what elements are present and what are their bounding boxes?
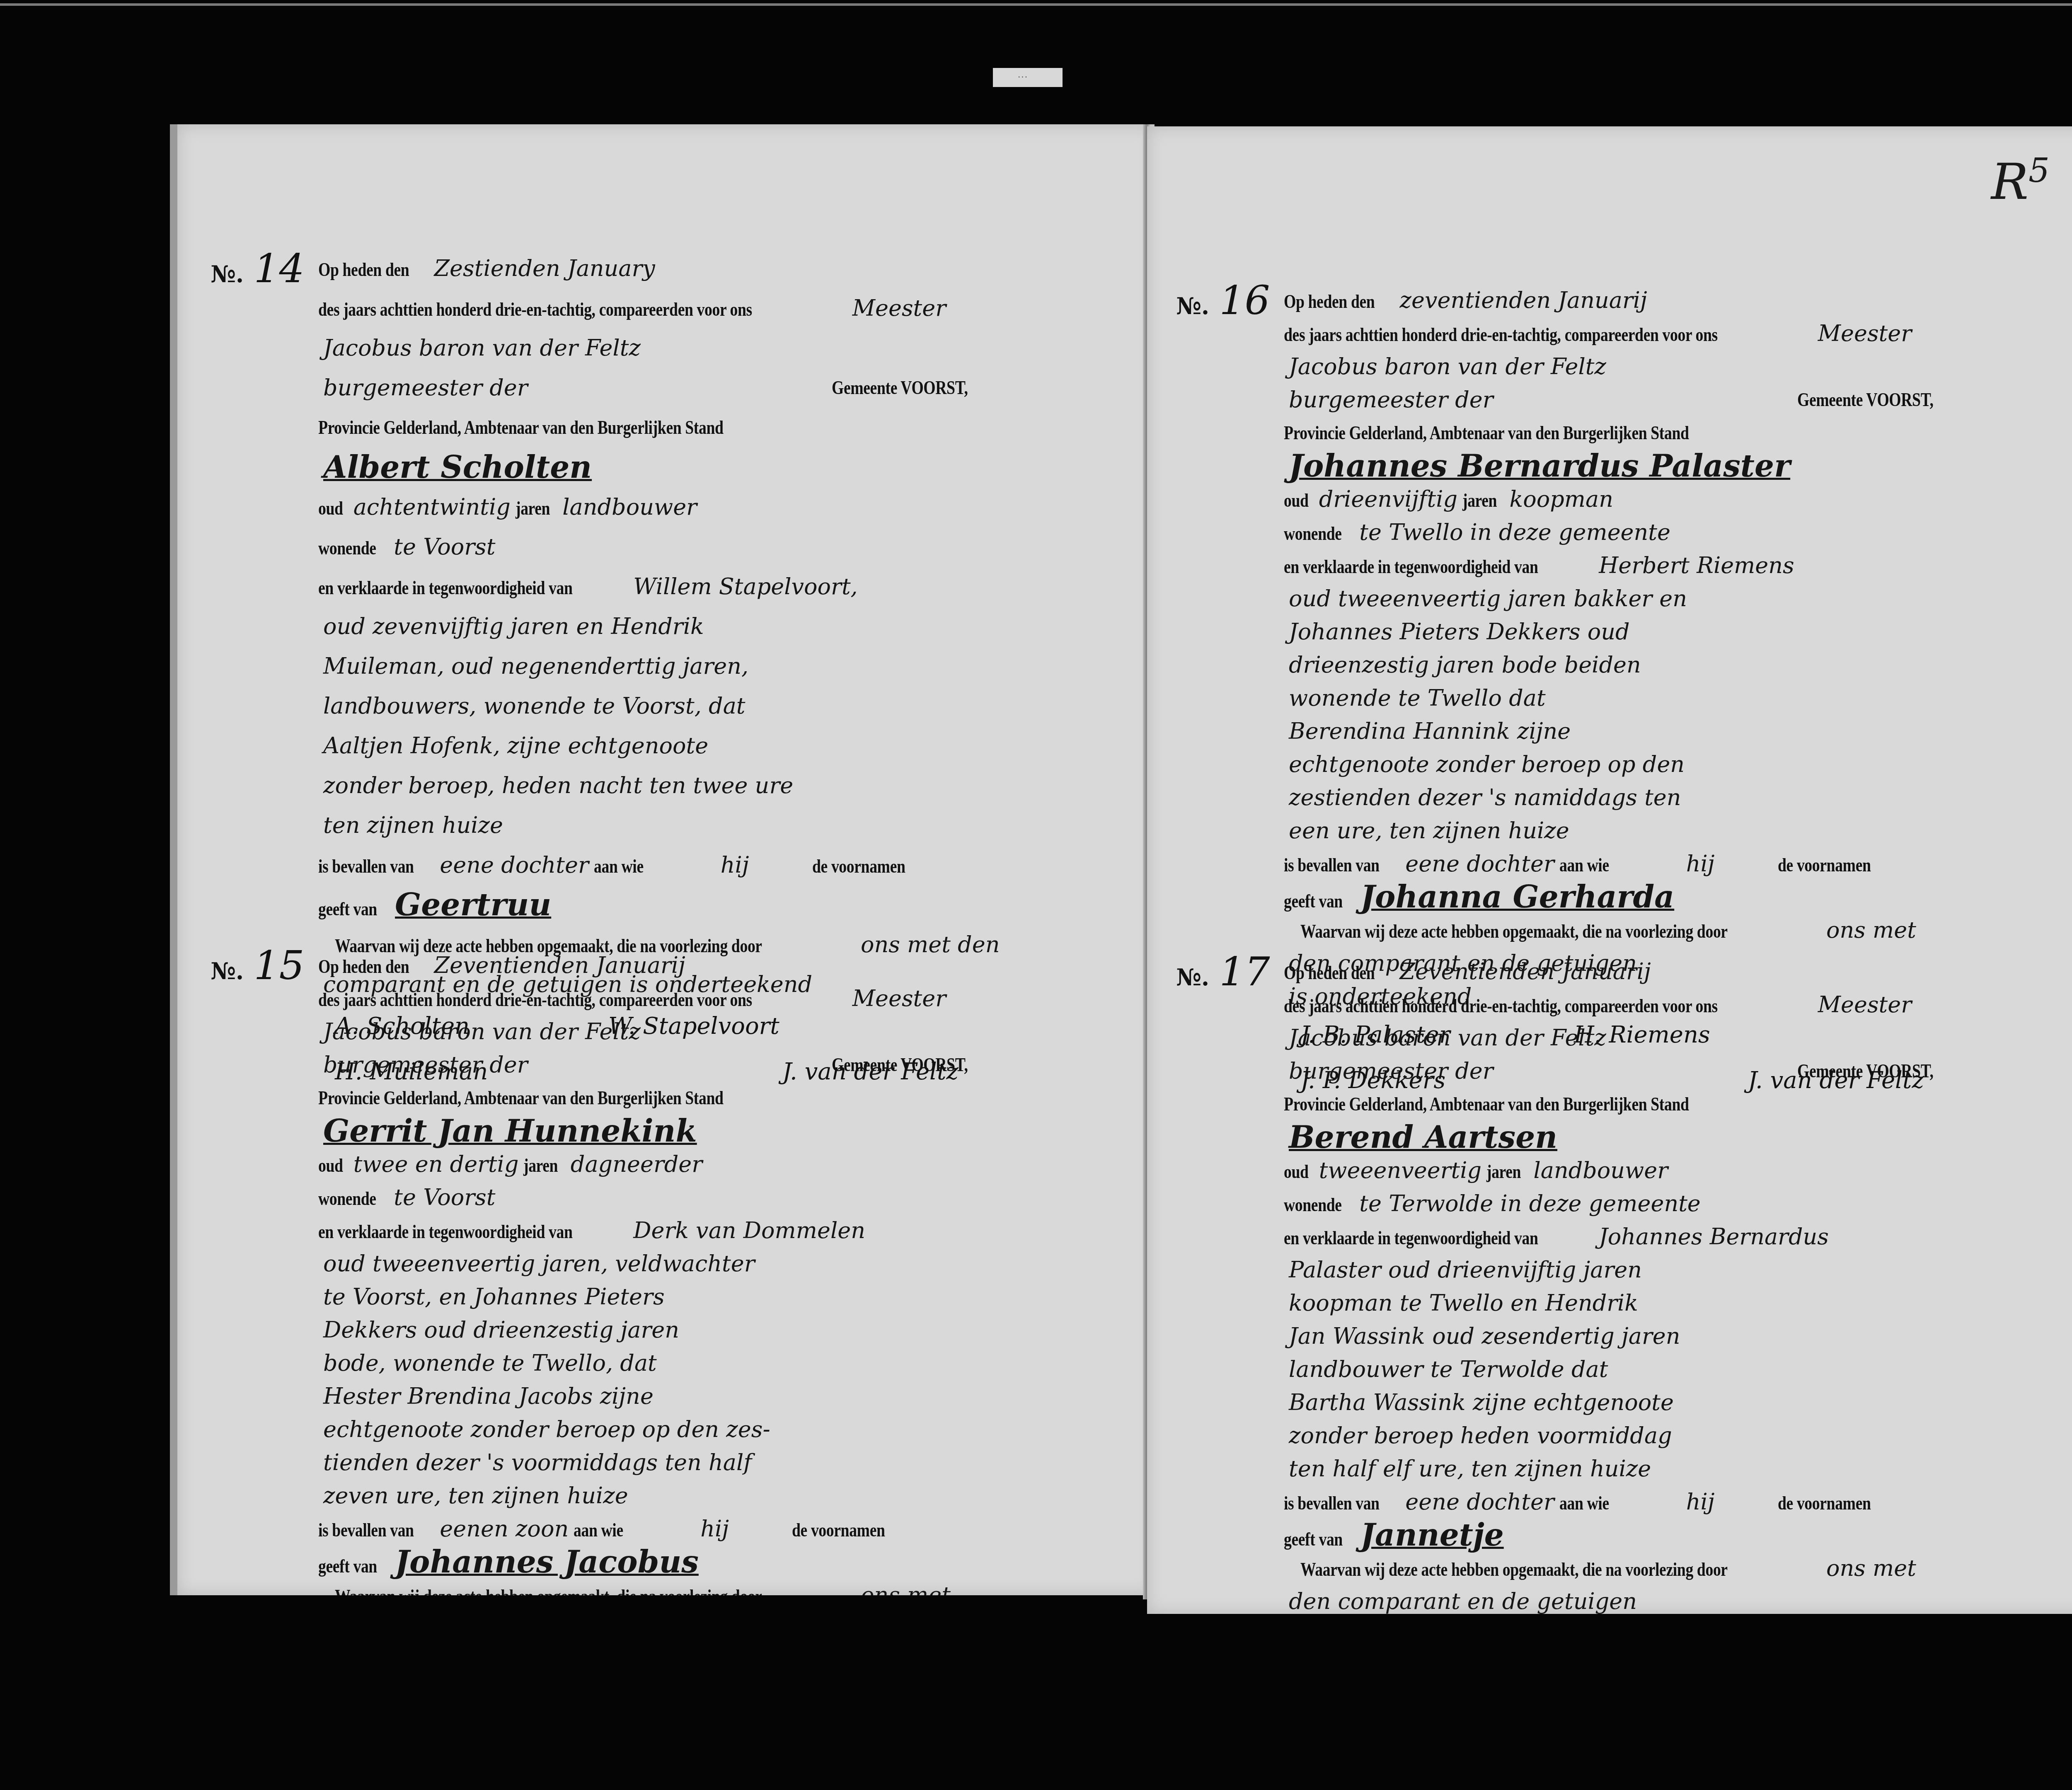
record-number-value: 14 xyxy=(254,245,304,292)
child-name-line: geeft vanJannetje xyxy=(1284,1519,2072,1552)
closing-text: ons met xyxy=(1826,917,1916,943)
witness-intro-line: en verklaarde in tegenwoordigheid vanJoh… xyxy=(1284,1220,2072,1253)
witness-line: zeven ure, ten zijnen huize xyxy=(318,1479,1147,1512)
closing-line: Waarvan wij deze acte hebben opgemaakt, … xyxy=(1284,1552,2072,1585)
record-17: №.17 Op heden denZeventienden Januarij d… xyxy=(1284,955,2072,1614)
declarant-name: Berend Aartsen xyxy=(1289,1120,1557,1155)
child-name: Jannetje xyxy=(1360,1517,1504,1553)
witness-line: Palaster oud drieenvijftig jaren xyxy=(1284,1253,2072,1287)
witness-line: oud tweeenveertig jaren bakker en xyxy=(1284,582,2072,615)
witness-line: Johannes Pieters Dekkers oud xyxy=(1284,615,2072,648)
official-title: Meester xyxy=(852,985,946,1011)
witness-text: echtgenoote zonder beroep op den xyxy=(1289,751,1685,777)
child-name: Johannes Jacobus xyxy=(395,1544,699,1580)
record-date: Zestienden January xyxy=(434,255,655,281)
witness-text: wonende te Twello dat xyxy=(1289,685,1546,711)
residence-line: wonendete Voorst xyxy=(318,527,1147,567)
declarant-age: tweeenveertig xyxy=(1319,1157,1481,1183)
date-line: №.15 Op heden denZeventienden Januarij xyxy=(318,949,1147,982)
form-op-heden: Op heden den xyxy=(318,250,409,290)
witness-text: te Voorst, en Johannes Pieters xyxy=(323,1284,665,1310)
witness-text: ten zijnen huize xyxy=(323,812,503,838)
form-gemeente: Gemeente VOORST, xyxy=(1797,1055,1934,1088)
right-page: R5 №.16 Op heden denzeventienden Januari… xyxy=(1147,126,2072,1614)
residence-line: wonendete Voorst xyxy=(318,1181,1147,1214)
birth-line: is bevallen vaneene dochteraan wiehijde … xyxy=(1284,1485,2072,1519)
child-name-line: geeft vanJohannes Jacobus xyxy=(318,1546,1147,1579)
official-name-line: Jacobus baron van der Feltz xyxy=(1284,350,2072,383)
closing-text: den comparant en de getuigen xyxy=(1289,1588,1637,1614)
record-number-value: 17 xyxy=(1219,948,1270,995)
form-aan-wie: aan wie xyxy=(594,847,644,886)
form-des-jaars: des jaars achttien honderd drie-en-tacht… xyxy=(318,290,752,329)
witness-line: een ure, ten zijnen huize xyxy=(1284,814,2072,847)
witness-lines: Palaster oud drieenvijftig jarenkoopman … xyxy=(1284,1253,2072,1485)
witness-text: tienden dezer 's voormiddags ten half xyxy=(323,1449,752,1476)
birth-line: is bevallen vaneene dochteraan wiehijde … xyxy=(318,845,1147,885)
witness-intro-line: en verklaarde in tegenwoordigheid vanDer… xyxy=(318,1214,1147,1247)
form-bevallen: is bevallen van xyxy=(1284,1487,1380,1520)
official-role: burgemeester der xyxy=(323,1052,528,1078)
form-oud: oud xyxy=(1284,484,1309,517)
witness-line: oud zevenvijftig jaren en Hendrik xyxy=(318,607,1147,646)
witness-text: Aaltjen Hofenk, zijne echtgenoote xyxy=(323,733,708,759)
provincie-line: Provincie Gelderland, Ambtenaar van den … xyxy=(318,1081,1147,1115)
form-geeft-van: geeft van xyxy=(318,889,377,929)
witness-intro-line: en verklaarde in tegenwoordigheid vanWil… xyxy=(318,567,1147,607)
child-sex: eene dochter xyxy=(440,852,588,878)
age-line: oudachtentwintigjarenlandbouwer xyxy=(318,487,1147,527)
form-gemeente: Gemeente VOORST, xyxy=(832,1048,968,1081)
official-role-line: burgemeester der Gemeente VOORST, xyxy=(318,1048,1147,1081)
witness-text: Willem Stapelvoort, xyxy=(633,573,858,600)
witness-line: Dekkers oud drieenzestig jaren xyxy=(318,1313,1147,1347)
witness-text: ten half elf ure, ten zijnen huize xyxy=(1289,1456,1651,1482)
witness-text: landbouwers, wonende te Voorst, dat xyxy=(323,693,746,719)
official-role-line: burgemeester der Gemeente VOORST, xyxy=(1284,383,2072,416)
witness-line: drieenzestig jaren bode beiden xyxy=(1284,648,2072,682)
witness-text: Herbert Riemens xyxy=(1599,552,1794,578)
witness-line: Muileman, oud negenenderttig jaren, xyxy=(318,646,1147,686)
record-number-value: 15 xyxy=(254,942,304,989)
form-wonende: wonende xyxy=(1284,517,1342,550)
witness-text: zeven ure, ten zijnen huize xyxy=(323,1483,628,1509)
closing-line: Waarvan wij deze acte hebben opgemaakt, … xyxy=(318,1579,1147,1595)
official-title: Meester xyxy=(852,295,946,321)
declarant-age: drieenvijftig xyxy=(1319,486,1457,512)
declarant-residence: te Twello in deze gemeente xyxy=(1359,519,1670,545)
declarant-line: Gerrit Jan Hunnekink xyxy=(318,1115,1147,1148)
witness-line: Jan Wassink oud zesendertig jaren xyxy=(1284,1320,2072,1353)
form-op-heden: Op heden den xyxy=(1284,285,1375,318)
form-verklaarde: en verklaarde in tegenwoordigheid van xyxy=(1284,550,1538,583)
official-name-line: Jacobus baron van der Feltz xyxy=(318,1015,1147,1048)
declarant-line: Berend Aartsen xyxy=(1284,1121,2072,1154)
form-aan-wie: aan wie xyxy=(1559,849,1609,882)
date-line: №.17 Op heden denZeventienden Januarij xyxy=(1284,955,2072,988)
declarant-name: Gerrit Jan Hunnekink xyxy=(323,1113,697,1149)
provincie-line: Provincie Gelderland, Ambtenaar van den … xyxy=(1284,1088,2072,1121)
witness-line: tienden dezer 's voormiddags ten half xyxy=(318,1446,1147,1479)
form-voornamen: de voornamen xyxy=(792,1514,885,1547)
form-wonende: wonende xyxy=(318,528,376,568)
child-sex: eenen zoon xyxy=(440,1516,569,1542)
witness-text: oud tweeenveertig jaren, veldwachter xyxy=(323,1251,755,1277)
form-waarvan: Waarvan wij deze acte hebben opgemaakt, … xyxy=(1300,1553,1728,1586)
number-label: №. xyxy=(211,958,244,985)
folio-digit: 5 xyxy=(2028,151,2050,190)
witness-line: oud tweeenveertig jaren, veldwachter xyxy=(318,1247,1147,1280)
witness-line: Berendina Hannink zijne xyxy=(1284,715,2072,748)
record-number: №.15 xyxy=(211,949,305,988)
form-jaren: jaren xyxy=(1486,1155,1521,1188)
form-verklaarde: en verklaarde in tegenwoordigheid van xyxy=(1284,1222,1538,1255)
form-bevallen: is bevallen van xyxy=(318,847,414,886)
declarant-residence: te Terwolde in deze gemeente xyxy=(1359,1190,1701,1217)
form-geeft-van: geeft van xyxy=(318,1550,377,1583)
closing-lines: den comparant en de getuigenis onderteek… xyxy=(1284,1585,2072,1614)
child-sex: eene dochter xyxy=(1405,851,1554,877)
record-number: №.14 xyxy=(211,249,305,294)
declarant-occupation: koopman xyxy=(1509,486,1613,512)
witness-line: echtgenoote zonder beroep op den zes- xyxy=(318,1413,1147,1446)
form-geeft-van: geeft van xyxy=(1284,885,1343,918)
official-role-line: burgemeester der Gemeente VOORST, xyxy=(1284,1055,2072,1088)
year-line: des jaars achttien honderd drie-en-tacht… xyxy=(1284,988,2072,1021)
form-verklaarde: en verklaarde in tegenwoordigheid van xyxy=(318,568,573,608)
form-waarvan: Waarvan wij deze acte hebben opgemaakt, … xyxy=(1300,915,1728,948)
residence-line: wonendete Terwolde in deze gemeente xyxy=(1284,1187,2072,1220)
form-wonende: wonende xyxy=(318,1182,376,1215)
witness-text: drieenzestig jaren bode beiden xyxy=(1289,652,1641,678)
declarant-occupation: dagneerder xyxy=(571,1151,702,1177)
witness-text: een ure, ten zijnen huize xyxy=(1289,818,1569,844)
official-name: Jacobus baron van der Feltz xyxy=(323,1018,641,1045)
official-title: Meester xyxy=(1818,320,1912,346)
form-des-jaars: des jaars achttien honderd drie-en-tacht… xyxy=(1284,989,1718,1023)
form-waarvan: Waarvan wij deze acte hebben opgemaakt, … xyxy=(335,1580,762,1595)
official-name-line: Jacobus baron van der Feltz xyxy=(318,328,1147,368)
age-line: oudtwee en dertigjarendagneerder xyxy=(318,1148,1147,1181)
year-line: des jaars achttien honderd drie-en-tacht… xyxy=(318,288,1147,328)
witness-text: oud tweeenveertig jaren bakker en xyxy=(1289,585,1687,612)
witness-lines: oud tweeenveertig jaren, veldwachterte V… xyxy=(318,1247,1147,1512)
witness-text: Derk van Dommelen xyxy=(633,1217,865,1243)
witness-text: landbouwer te Terwolde dat xyxy=(1289,1356,1608,1382)
official-role-line: burgemeester der Gemeente VOORST, xyxy=(318,368,1147,408)
witness-line: ten half elf ure, ten zijnen huize xyxy=(1284,1452,2072,1485)
date-line: №.14 Op heden denZestienden January xyxy=(318,249,1147,288)
witness-text: echtgenoote zonder beroep op den zes- xyxy=(323,1416,770,1442)
declarant-age: twee en dertig xyxy=(353,1151,519,1177)
child-name-line: geeft vanJohanna Gerharda xyxy=(1284,880,2072,914)
form-bevallen: is bevallen van xyxy=(318,1514,414,1547)
number-label: №. xyxy=(211,261,244,288)
declarant-occupation: landbouwer xyxy=(1533,1157,1668,1183)
archive-label-strip: ··· xyxy=(993,68,1063,87)
form-des-jaars: des jaars achttien honderd drie-en-tacht… xyxy=(1284,318,1718,351)
provincie-line: Provincie Gelderland, Ambtenaar van den … xyxy=(1284,416,2072,450)
scan-top-edge xyxy=(0,3,2072,6)
form-provincie: Provincie Gelderland, Ambtenaar van den … xyxy=(1284,416,1689,450)
witness-text: Berendina Hannink zijne xyxy=(1289,718,1571,744)
record-date: Zeventienden Januarij xyxy=(434,952,685,978)
form-oud: oud xyxy=(318,1149,343,1182)
form-geeft-van: geeft van xyxy=(1284,1523,1343,1556)
witness-line: zonder beroep, heden nacht ten twee ure xyxy=(318,766,1147,805)
witness-line: landbouwers, wonende te Voorst, dat xyxy=(318,686,1147,726)
form-des-jaars: des jaars achttien honderd drie-en-tacht… xyxy=(318,983,752,1016)
number-label: №. xyxy=(1176,964,1209,991)
witness-lines: oud tweeenveertig jaren bakker enJohanne… xyxy=(1284,582,2072,847)
witness-line: Hester Brendina Jacobs zijne xyxy=(318,1380,1147,1413)
form-gemeente: Gemeente VOORST, xyxy=(832,368,968,408)
form-gemeente: Gemeente VOORST, xyxy=(1797,383,1934,416)
number-label: №. xyxy=(1176,293,1209,320)
record-number-value: 16 xyxy=(1219,277,1270,324)
record-number: №.16 xyxy=(1176,284,1270,323)
witness-line: te Voorst, en Johannes Pieters xyxy=(318,1280,1147,1313)
form-voornamen: de voornamen xyxy=(812,847,905,886)
form-oud: oud xyxy=(1284,1155,1309,1188)
pronoun: hij xyxy=(1686,851,1715,877)
witness-line: bode, wonende te Twello, dat xyxy=(318,1347,1147,1380)
witness-line: wonende te Twello dat xyxy=(1284,682,2072,715)
witness-text: Johannes Bernardus xyxy=(1599,1224,1829,1250)
record-15: №.15 Op heden denZeventienden Januarij d… xyxy=(318,949,1147,1595)
form-verklaarde: en verklaarde in tegenwoordigheid van xyxy=(318,1215,573,1248)
form-jaren: jaren xyxy=(1462,484,1497,517)
witness-text: zestienden dezer 's namiddags ten xyxy=(1289,784,1681,810)
form-voornamen: de voornamen xyxy=(1778,1487,1871,1520)
year-line: des jaars achttien honderd drie-en-tacht… xyxy=(1284,317,2072,350)
birth-line: is bevallen vaneenen zoonaan wiehijde vo… xyxy=(318,1512,1147,1546)
witness-text: zonder beroep heden voormiddag xyxy=(1289,1422,1672,1449)
child-name-line: geeft vanGeertruu xyxy=(318,885,1147,925)
age-line: oudtweeenveertigjarenlandbouwer xyxy=(1284,1154,2072,1187)
witness-text: Bartha Wassink zijne echtgenoote xyxy=(1289,1389,1674,1415)
witness-text: koopman te Twello en Hendrik xyxy=(1289,1290,1638,1316)
record-date: zeventienden Januarij xyxy=(1400,287,1647,313)
form-op-heden: Op heden den xyxy=(1284,956,1375,989)
witness-text: Johannes Pieters Dekkers oud xyxy=(1289,619,1630,645)
left-page: №.14 Op heden denZestienden January des … xyxy=(170,124,1155,1595)
witness-line: landbouwer te Terwolde dat xyxy=(1284,1353,2072,1386)
declarant-name: Albert Scholten xyxy=(323,450,592,485)
form-voornamen: de voornamen xyxy=(1778,849,1871,882)
birth-line: is bevallen vaneene dochteraan wiehijde … xyxy=(1284,847,2072,880)
form-wonende: wonende xyxy=(1284,1188,1342,1222)
official-role: burgemeester der xyxy=(323,375,528,401)
form-bevallen: is bevallen van xyxy=(1284,849,1380,882)
witness-text: zonder beroep, heden nacht ten twee ure xyxy=(323,772,793,798)
form-jaren: jaren xyxy=(523,1149,558,1182)
form-op-heden: Op heden den xyxy=(318,950,409,983)
closing-text: ons met xyxy=(861,1582,951,1595)
child-sex: eene dochter xyxy=(1405,1489,1554,1515)
official-title: Meester xyxy=(1818,992,1912,1018)
pronoun: hij xyxy=(700,1516,729,1542)
child-name: Johanna Gerharda xyxy=(1360,879,1674,915)
folio-letter: R xyxy=(1991,153,2028,211)
witness-line: koopman te Twello en Hendrik xyxy=(1284,1287,2072,1320)
official-role: burgemeester der xyxy=(1289,1058,1493,1084)
official-role: burgemeester der xyxy=(1289,387,1493,413)
witness-text: Dekkers oud drieenzestig jaren xyxy=(323,1317,679,1343)
date-line: №.16 Op heden denzeventienden Januarij xyxy=(1284,284,2072,317)
declarant-age: achtentwintig xyxy=(353,494,511,520)
closing-text: ons met xyxy=(1826,1555,1916,1581)
closing-line: Waarvan wij deze acte hebben opgemaakt, … xyxy=(1284,914,2072,947)
declarant-occupation: landbouwer xyxy=(562,494,697,520)
witness-lines: oud zevenvijftig jaren en HendrikMuilema… xyxy=(318,607,1147,845)
record-number: №.17 xyxy=(1176,955,1270,994)
year-line: des jaars achttien honderd drie-en-tacht… xyxy=(318,982,1147,1015)
witness-text: bode, wonende te Twello, dat xyxy=(323,1350,657,1376)
witness-text: oud zevenvijftig jaren en Hendrik xyxy=(323,613,704,639)
residence-line: wonendete Twello in deze gemeente xyxy=(1284,516,2072,549)
child-name: Geertruu xyxy=(395,887,551,923)
official-name: Jacobus baron van der Feltz xyxy=(1289,1025,1606,1051)
form-provincie: Provincie Gelderland, Ambtenaar van den … xyxy=(1284,1088,1689,1121)
form-oud: oud xyxy=(318,489,343,528)
declarant-name: Johannes Bernardus Palaster xyxy=(1289,448,1790,484)
witness-line: Aaltjen Hofenk, zijne echtgenoote xyxy=(318,726,1147,766)
declarant-line: Johannes Bernardus Palaster xyxy=(1284,450,2072,483)
declarant-residence: te Voorst xyxy=(394,1184,495,1210)
pronoun: hij xyxy=(721,852,749,878)
witness-text: Hester Brendina Jacobs zijne xyxy=(323,1383,654,1409)
form-provincie: Provincie Gelderland, Ambtenaar van den … xyxy=(318,408,724,447)
pronoun: hij xyxy=(1686,1489,1715,1515)
witness-text: Jan Wassink oud zesendertig jaren xyxy=(1289,1323,1680,1349)
official-name: Jacobus baron van der Feltz xyxy=(323,335,641,361)
witness-line: zonder beroep heden voormiddag xyxy=(1284,1419,2072,1452)
official-name-line: Jacobus baron van der Feltz xyxy=(1284,1021,2072,1055)
record-date: Zeventienden Januarij xyxy=(1400,958,1651,984)
form-provincie: Provincie Gelderland, Ambtenaar van den … xyxy=(318,1081,724,1115)
closing-line: den comparant en de getuigen xyxy=(1284,1585,2072,1614)
official-name: Jacobus baron van der Feltz xyxy=(1289,353,1606,380)
witness-text: Palaster oud drieenvijftig jaren xyxy=(1289,1257,1642,1283)
declarant-residence: te Voorst xyxy=(394,534,495,560)
declarant-line: Albert Scholten xyxy=(318,447,1147,487)
form-aan-wie: aan wie xyxy=(574,1514,623,1547)
age-line: ouddrieenvijftigjarenkoopman xyxy=(1284,483,2072,516)
form-aan-wie: aan wie xyxy=(1559,1487,1609,1520)
witness-text: Muileman, oud negenenderttig jaren, xyxy=(323,653,748,679)
folio-number: R5 xyxy=(1991,151,2050,211)
witness-line: zestienden dezer 's namiddags ten xyxy=(1284,781,2072,814)
witness-line: ten zijnen huize xyxy=(318,805,1147,845)
provincie-line: Provincie Gelderland, Ambtenaar van den … xyxy=(318,408,1147,447)
witness-line: echtgenoote zonder beroep op den xyxy=(1284,748,2072,781)
witness-line: Bartha Wassink zijne echtgenoote xyxy=(1284,1386,2072,1419)
form-jaren: jaren xyxy=(516,489,550,528)
witness-intro-line: en verklaarde in tegenwoordigheid vanHer… xyxy=(1284,549,2072,582)
